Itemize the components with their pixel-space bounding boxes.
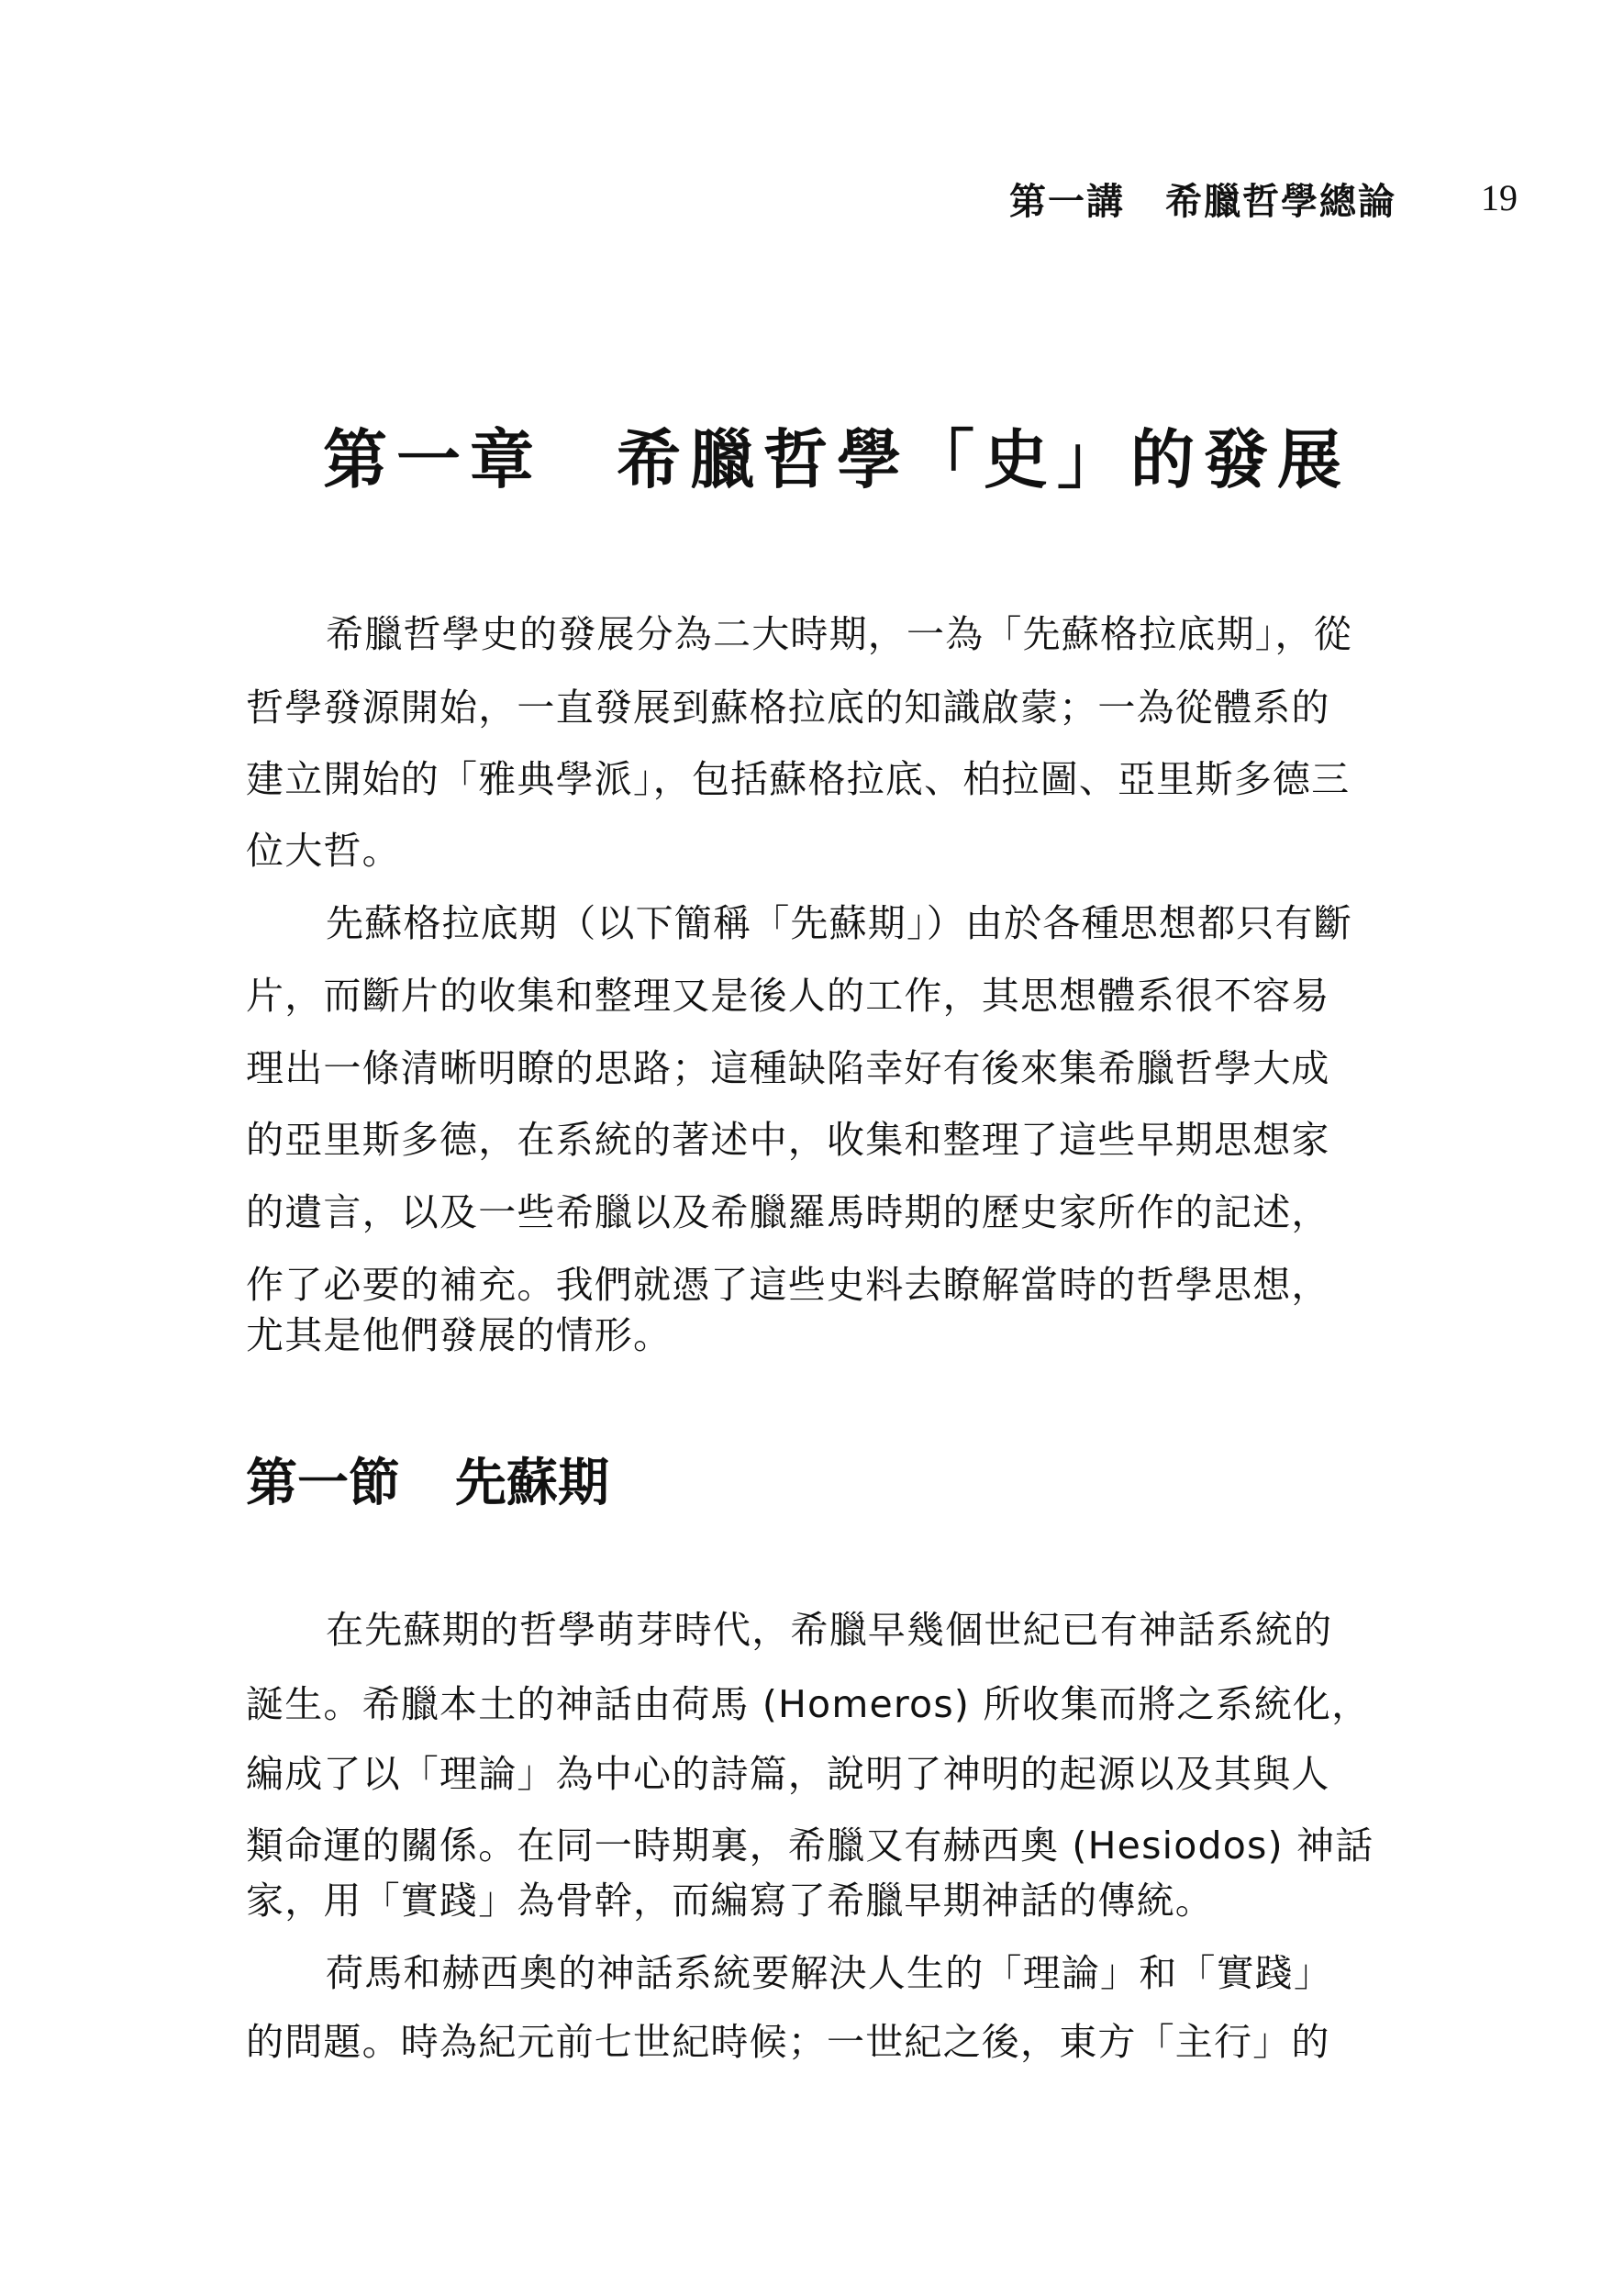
- text-line: 建立開始的「雅典學派」，包括蘇格拉底、柏拉圖、亞里斯多德三: [246, 753, 1402, 805]
- text-line: 編成了以「理論」為中心的詩篇，說明了神明的起源以及其與人: [246, 1748, 1402, 1800]
- text-line: 的遺言，以及一些希臘以及希臘羅馬時期的歷史家所作的記述，: [246, 1187, 1402, 1238]
- text-line: 先蘇格拉底期（以下簡稱「先蘇期」）由於各種思想都只有斷: [326, 898, 1482, 949]
- section-title: 第一節先蘇期: [246, 1443, 609, 1516]
- text-line: 的問題。時為紀元前七世紀時候；一世紀之後，東方「主行」的: [246, 2016, 1402, 2068]
- chapter-name: 希臘哲學「史」的發展: [617, 422, 1351, 497]
- page-number: 19: [1481, 176, 1518, 219]
- text-line: 片，而斷片的收集和整理又是後人的工作，其思想體系很不容易: [246, 970, 1402, 1021]
- text-line: 理出一條清晰明瞭的思路；這種缺陷幸好有後來集希臘哲學大成: [246, 1043, 1402, 1094]
- text-line: 荷馬和赫西奧的神話系統要解決人生的「理論」和「實踐」: [326, 1947, 1482, 1999]
- lecture-title: 希臘哲學總論: [1165, 180, 1396, 223]
- chapter-number: 第一章: [323, 422, 543, 497]
- lecture-label: 第一講: [1009, 180, 1125, 223]
- text-line: 哲學發源開始，一直發展到蘇格拉底的知識啟蒙；一為從體系的: [246, 682, 1402, 733]
- text-line: 類命運的關係。在同一時期裏，希臘又有赫西奧 (Hesiodos) 神話: [246, 1820, 1402, 1871]
- text-line: 尤其是他們發展的情形。: [246, 1310, 1402, 1361]
- text-line: 誕生。希臘本土的神話由荷馬 (Homeros) 所收集而將之系統化，: [246, 1678, 1402, 1730]
- text-line: 在先蘇期的哲學萌芽時代，希臘早幾個世紀已有神話系統的: [326, 1604, 1482, 1656]
- section-number: 第一節: [246, 1454, 400, 1513]
- book-page: 第一講希臘哲學總論 19 第一章希臘哲學「史」的發展 希臘哲學史的發展分為二大時…: [0, 0, 1624, 2275]
- text-line: 希臘哲學史的發展分為二大時期，一為「先蘇格拉底期」，從: [326, 608, 1482, 660]
- text-line: 作了必要的補充。我們就憑了這些史料去瞭解當時的哲學思想，: [246, 1259, 1402, 1310]
- text-line: 的亞里斯多德，在系統的著述中，收集和整理了這些早期思想家: [246, 1114, 1402, 1165]
- running-header: 第一講希臘哲學總論: [1009, 173, 1396, 225]
- chapter-title: 第一章希臘哲學「史」的發展: [323, 408, 1351, 501]
- text-line: 位大哲。: [246, 825, 1402, 876]
- text-line: 家，用「實踐」為骨幹，而編寫了希臘早期神話的傳統。: [246, 1875, 1402, 1926]
- section-name: 先蘇期: [455, 1454, 609, 1513]
